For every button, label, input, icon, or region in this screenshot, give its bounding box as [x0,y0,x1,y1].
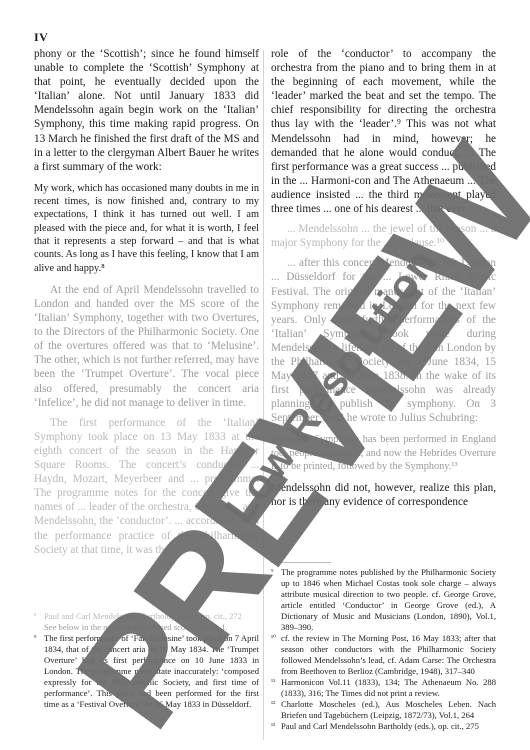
footnote-13: ¹³ Paul and Carl Mendelssohn Bartholdy (… [271,721,496,732]
footnote-12: ¹² Charlotte Moscheles (ed.), Aus Mosche… [271,699,496,721]
footnote-marker: ⁹ [271,567,273,578]
footnote-text: The programme notes published by the Phi… [281,567,496,632]
footnote-marker: ¹⁰ [271,633,276,644]
right-paragraph-4: Mendelssohn did not, however, realize th… [271,481,496,509]
footnote-10: ¹⁰ cf. the review in The Morning Post, 1… [271,633,496,677]
footnote-text: cf. the review in The Morning Post, 16 M… [281,633,496,676]
footnote-8: ⁸ Paul and Carl Mendelssohn Bartholdy (e… [34,611,259,622]
right-paragraph-1: role of the ‘conductor’ to accompany the… [271,47,496,216]
score-preface-page: IV phony or the ‘Scottish’; since he fou… [0,0,530,750]
right-quote: My latest Symphony has been performed in… [271,433,496,473]
right-paragraph-2: ... Mendelssohn ... the jewel of the sea… [271,222,496,250]
footnote-rule [271,562,331,563]
left-paragraph-3: The first performance of the ‘Italian’ S… [34,416,259,557]
footnote-see-below: See below in the notes on the revised sc… [34,622,259,633]
footnote-text: Charlotte Moscheles (ed.), Aus Moscheles… [281,699,496,720]
right-paragraph-3: ... after this concert Mendelssohn left … [271,256,496,425]
left-footnotes: ⁸ Paul and Carl Mendelssohn Bartholdy (e… [34,611,259,710]
footnote-9-left: ⁹ The first performance of ‘Fair Melusin… [34,633,259,710]
right-footnotes: ⁹ The programme notes published by the P… [271,562,496,732]
footnote-text: Harmonicon Vol.11 (1833), 134; The Athen… [281,677,496,698]
footnote-text: Paul and Carl Mendelssohn Bartholdy (eds… [44,611,242,621]
left-paragraph-1: phony or the ‘Scottish’; since he found … [34,47,259,174]
right-column: role of the ‘conductor’ to accompany the… [271,47,496,510]
left-column: phony or the ‘Scottish’; since he found … [34,47,259,557]
left-quote: My work, which has occasioned many doubt… [34,182,259,275]
footnote-text: Paul and Carl Mendelssohn Bartholdy (eds… [281,721,479,731]
footnote-11: ¹¹ Harmonicon Vol.11 (1833), 134; The At… [271,677,496,699]
left-paragraph-2: At the end of April Mendelssohn travelle… [34,283,259,410]
footnote-marker: ⁹ [34,633,36,644]
footnote-text: See below in the notes on the revised sc… [44,622,228,632]
column-divider [263,50,264,740]
footnote-text: The first performance of ‘Fair Melusine’… [44,633,259,709]
footnote-marker: ¹² [271,699,275,710]
page-number: IV [34,30,48,45]
footnote-marker: ¹¹ [271,677,275,688]
footnote-marker: ¹³ [271,721,275,732]
footnote-marker: ⁸ [34,611,36,622]
footnote-9-right: ⁹ The programme notes published by the P… [271,567,496,633]
